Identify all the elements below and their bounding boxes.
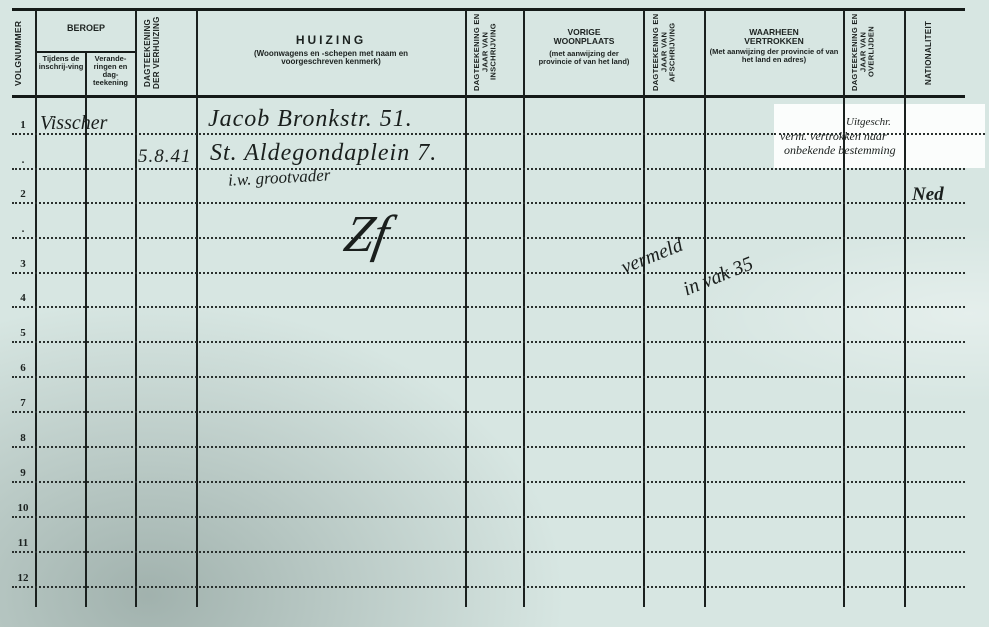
row-line-4 [12,306,965,308]
top-border [12,8,965,11]
header-volgnummer: VOLGNUMMER [14,14,32,92]
beroep-subheader-line [37,51,135,53]
header-bottom-border [12,95,965,98]
row-number: 5 [12,327,34,339]
header-dagteekening-inschrijving: DAGTEEKENING EN JAAR VAN INSCHRIJVING [473,12,517,92]
row-number: 2 [12,188,34,200]
header-huizing-title: HUIZING [200,34,462,47]
entry-nationaliteit: Ned [912,184,944,206]
entry-beroep: Visscher [40,112,107,135]
header-huizing-subtitle: (Woonwagens en -schepen met naam en voor… [228,50,434,67]
header-beroep-veranderingen: Verande-ringen en dag-teekening [87,55,134,87]
header-dagteekening-overlijden: DAGTEEKENING EN JAAR VAN OVERLIJDEN [851,12,897,92]
row-line-7 [12,411,965,413]
row-line-3 [12,272,965,274]
header-waarheen-title: WAARHEEN VERTROKKEN [730,28,818,46]
row-line-12 [12,586,965,588]
entry-initials: Zf [340,205,394,264]
header-nationaliteit: NATIONALITEIT [925,14,941,92]
entry-huizing-address-2: St. Aldegondaplein 7. [210,140,437,167]
row-number: 12 [12,572,34,584]
entry-waarheen-note-3: onbekende bestemming [784,143,896,158]
row-number: 6 [12,362,34,374]
register-card: VOLGNUMMER BEROEP Tijdens de inschrij-vi… [0,0,989,627]
row-number: 8 [12,432,34,444]
entry-waarheen-note-2: verm. vertrokken naar [780,129,887,144]
row-line-2b [12,237,965,239]
row-line-9 [12,481,965,483]
entry-huizing-address-2b: i.w. grootvader [228,165,331,190]
row-line-6 [12,376,965,378]
row-number: . [12,154,34,166]
row-number: 4 [12,292,34,304]
row-line-1b [12,168,965,170]
header-beroep: BEROEP [37,24,135,33]
row-number: 3 [12,258,34,270]
header-vorige-title: VORIGE WOONPLAATS [540,28,628,46]
row-number: 10 [12,502,34,514]
header-beroep-tijdens: Tijdens de inschrij-ving [38,55,84,71]
row-number: 11 [12,537,34,549]
entry-waarheen-note-1: Uitgeschr. [846,116,891,128]
row-number: 1 [12,119,34,131]
header-waarheen-subtitle: (Met aanwijzing der provincie of van het… [708,48,840,64]
row-line-2 [12,202,965,204]
row-number: 9 [12,467,34,479]
header-dagteekening-afschrijving: DAGTEEKENING EN JAAR VAN AFSCHRIJVING [652,12,696,92]
row-line-8 [12,446,965,448]
row-line-10 [12,516,965,518]
entry-huizing-address-1: Jacob Bronkstr. 51. [208,106,413,133]
col-divider-2 [85,52,87,607]
row-line-5 [12,341,965,343]
row-number: . [12,223,34,235]
header-vorige-subtitle: (met aanwijzing der provincie of van het… [534,50,634,66]
row-line-11 [12,551,965,553]
row-number: 7 [12,397,34,409]
entry-diagonal-note-2: in vak 35 [680,253,757,302]
entry-verhuizing-date: 5.8.41 [138,146,192,168]
header-dagteekening-verhuizing: DAGTEEKENING DER VERHUIZING [144,14,188,92]
col-divider-10-over-patch [904,104,906,168]
